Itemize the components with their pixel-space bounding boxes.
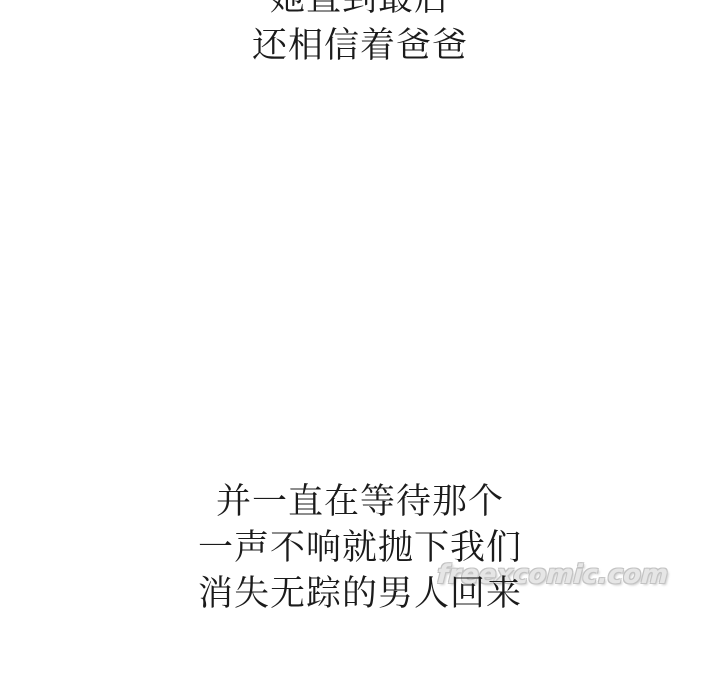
comic-page: 她直到最后 还相信着爸爸 freexcomic.com 并一直在等待那个 一声不… [0, 0, 720, 700]
caption-line-bottom-3: 消失无踪的男人回来 [0, 571, 720, 617]
caption-line-bottom-1: 并一直在等待那个 [0, 479, 720, 525]
caption-line-bottom-2: 一声不响就抛下我们 [0, 525, 720, 571]
caption-line-top-1: 她直到最后 [0, 0, 720, 22]
bottom-caption: 并一直在等待那个 一声不响就抛下我们 消失无踪的男人回来 [0, 479, 720, 617]
top-caption: 她直到最后 还相信着爸爸 [0, 0, 720, 69]
caption-line-top-2: 还相信着爸爸 [0, 22, 720, 69]
